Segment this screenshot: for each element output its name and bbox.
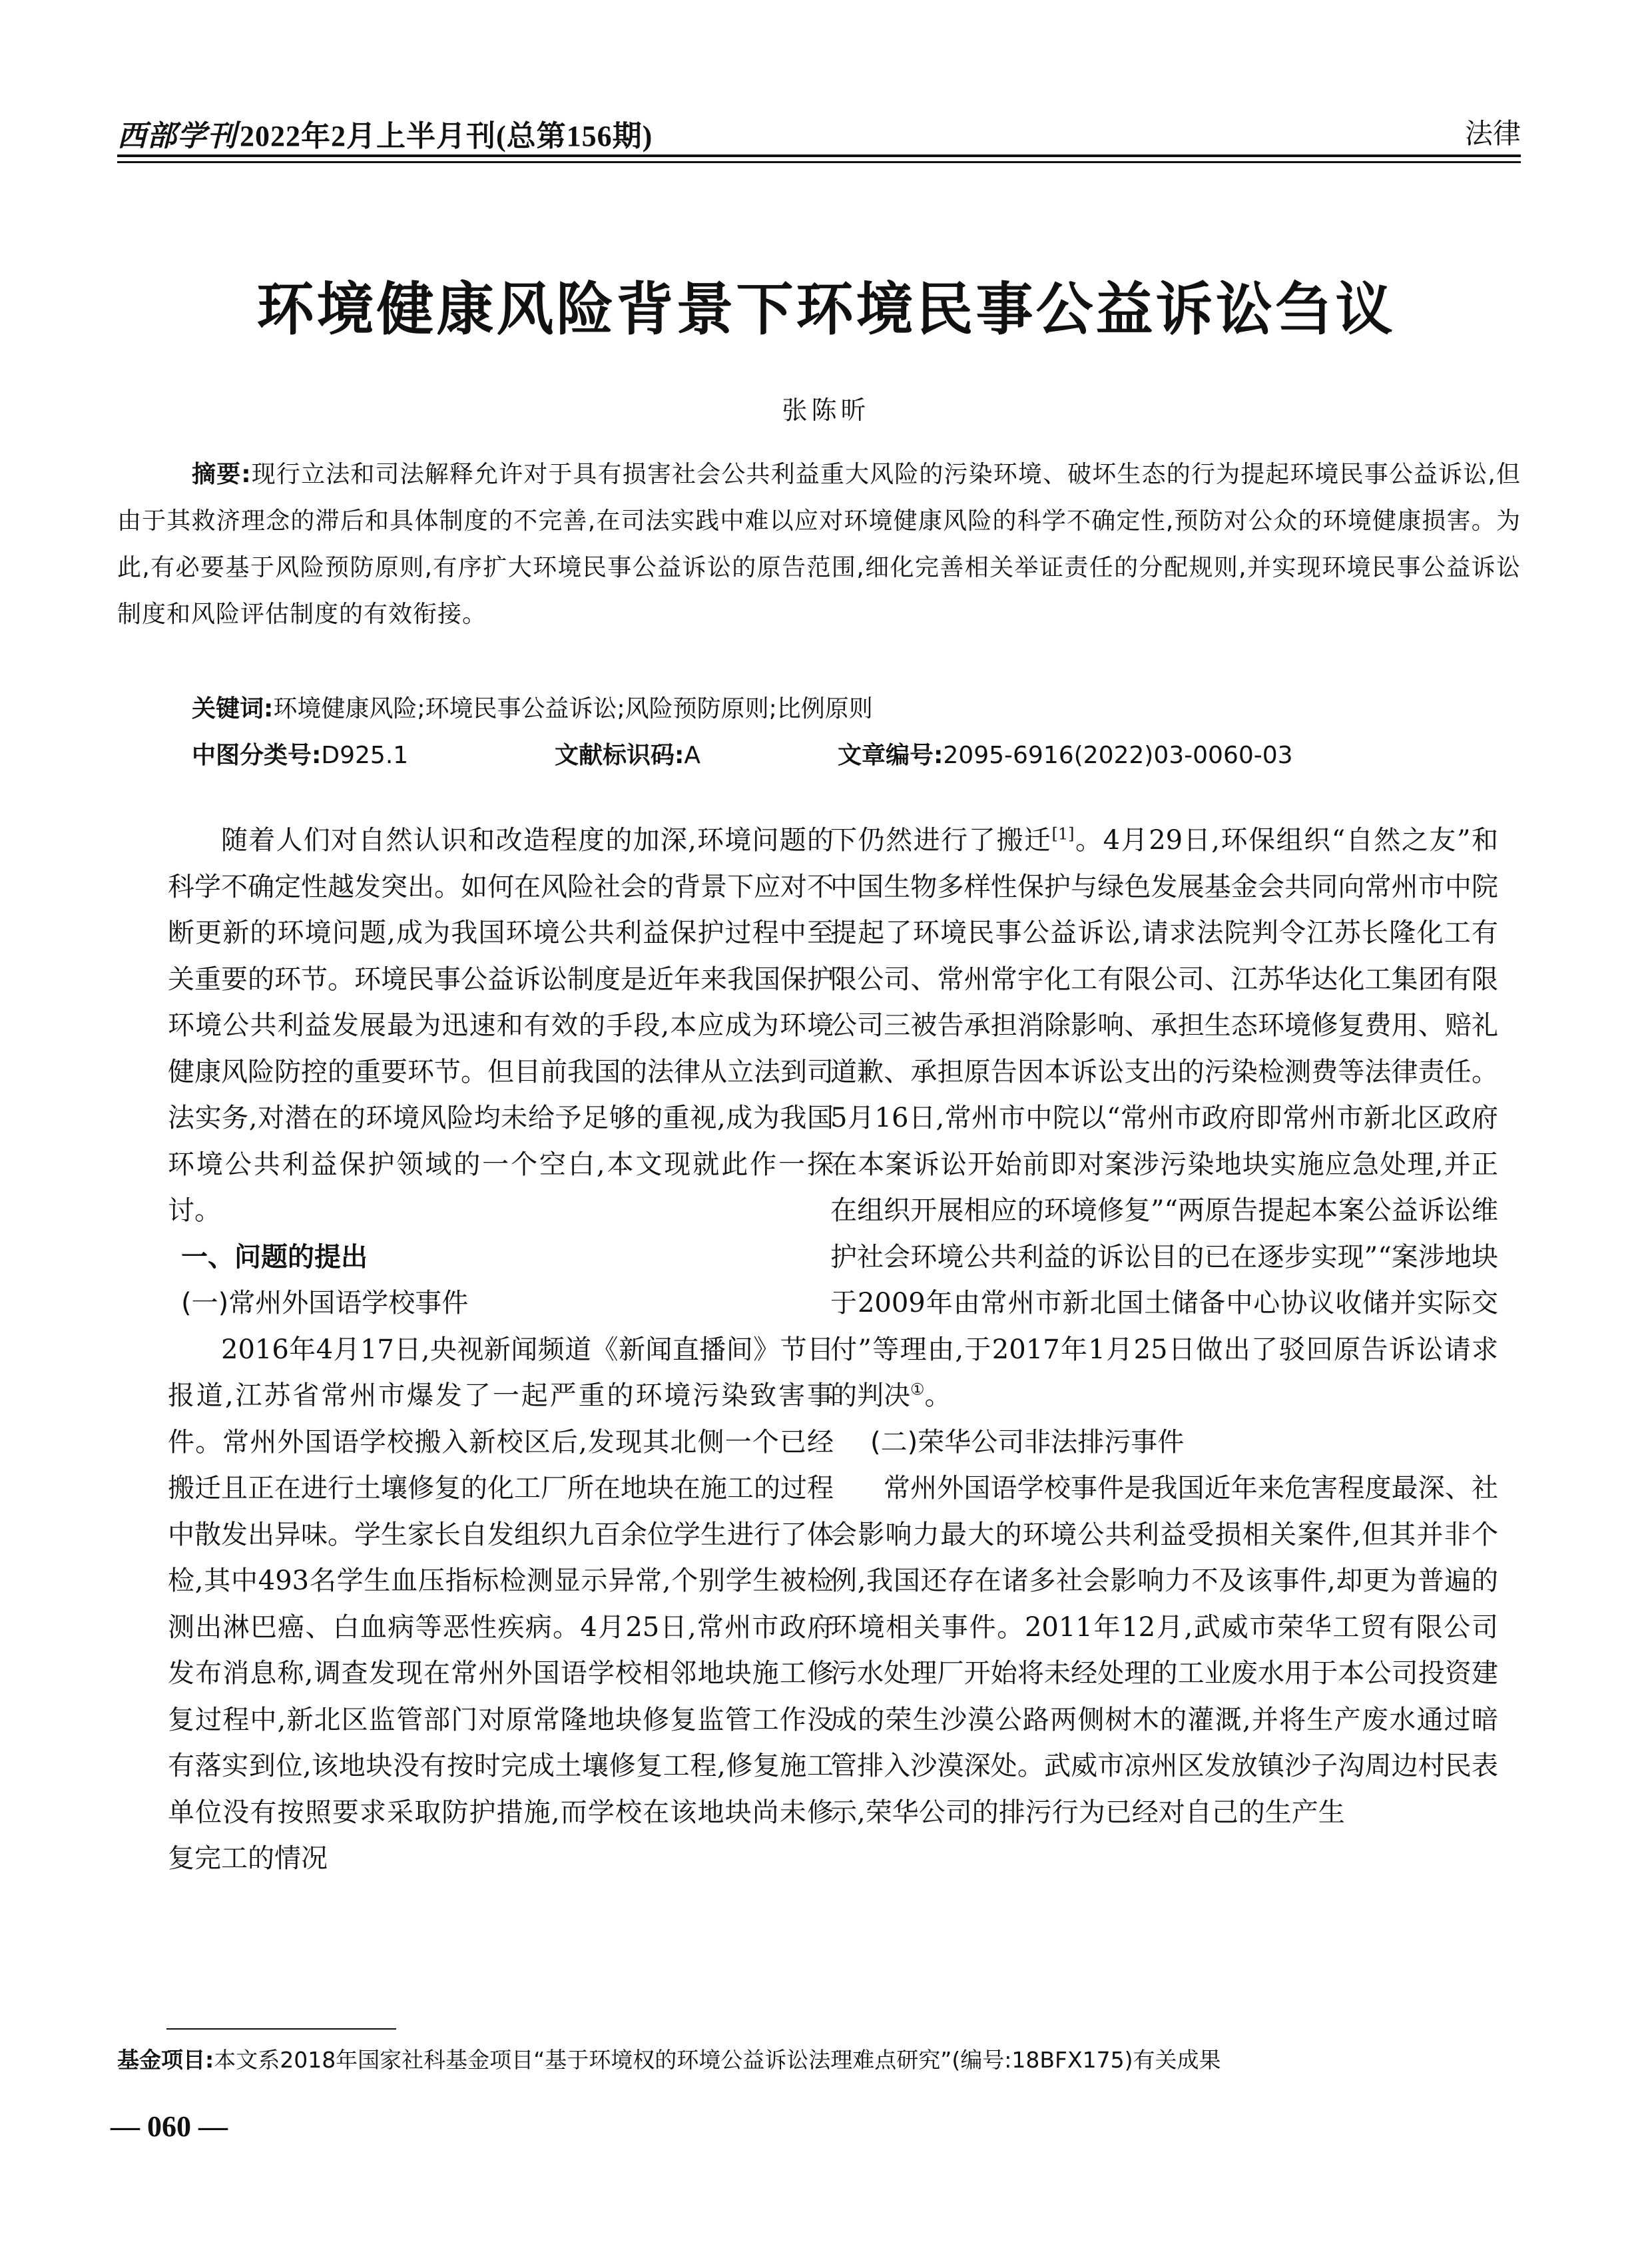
paragraph-text: 。: [925, 1380, 952, 1411]
paragraph: 常州外国语学校事件是我国近年来危害程度最深、社会影响力最大的环境公共利益受损相关…: [830, 1466, 1498, 1836]
clc-value: D925.1: [321, 742, 408, 769]
abstract-label: 摘要:: [192, 461, 252, 488]
body-column-left: 随着人们对自然认识和改造程度的加深,环境问题的科学不确定性越发突出。如何在风险社…: [168, 818, 834, 1882]
article-title: 环境健康风险背景下环境民事公益诉讼刍议: [0, 263, 1652, 346]
journal-issue: 西部学刊2022年2月上半月刊(总第156期): [117, 112, 653, 154]
funding-text: 本文系2018年国家社科基金项目“基于环境权的环境公益诉讼法理难点研究”(编号:…: [214, 2047, 1221, 2073]
keywords-label: 关键词:: [192, 695, 273, 722]
doc-code-label: 文献标识码:: [555, 742, 684, 769]
clc-label: 中图分类号:: [192, 742, 321, 769]
citation-ref[interactable]: [1]: [1052, 825, 1075, 844]
keywords-row: 关键词:环境健康风险;环境民事公益诉讼;风险预防原则;比例原则: [192, 686, 1293, 732]
body-column-right: 下仍然进行了搬迁[1]。4月29日,环保组织“自然之友”和中国生物多样性保护与绿…: [830, 818, 1498, 1836]
keywords-text: 环境健康风险;环境民事公益诉讼;风险预防原则;比例原则: [273, 695, 872, 722]
abstract: 摘要:现行立法和司法解释允许对于具有损害社会公共利益重大风险的污染环境、破坏生态…: [117, 451, 1521, 638]
header-rule-bottom: [117, 161, 1521, 163]
paragraph: 2016年4月17日,央视新闻频道《新闻直播间》节目报道,江苏省常州市爆发了一起…: [168, 1327, 834, 1882]
section-label: 法律: [1465, 112, 1521, 152]
running-header: 西部学刊2022年2月上半月刊(总第156期) 法律: [117, 112, 1521, 153]
paragraph-text: 。4月29日,环保组织“自然之友”和中国生物多样性保护与绿色发展基金会共同向常州…: [830, 825, 1498, 1411]
journal-logo: 西部学刊: [117, 119, 237, 153]
paragraph: 下仍然进行了搬迁[1]。4月29日,环保组织“自然之友”和中国生物多样性保护与绿…: [830, 818, 1498, 1420]
doc-code-value: A: [684, 742, 700, 769]
abstract-text: 现行立法和司法解释允许对于具有损害社会公共利益重大风险的污染环境、破坏生态的行为…: [117, 461, 1521, 628]
article-meta: 关键词:环境健康风险;环境民事公益诉讼;风险预防原则;比例原则 中图分类号:D9…: [192, 686, 1293, 779]
page-number: — 060 —: [111, 2109, 228, 2143]
subsection-heading: (一)常州外国语学校事件: [168, 1280, 834, 1327]
subsection-heading: (二)荣华公司非法排污事件: [830, 1420, 1498, 1466]
header-rule-top: [117, 154, 1521, 157]
funding-note: 基金项目:本文系2018年国家社科基金项目“基于环境权的环境公益诉讼法理难点研究…: [117, 2043, 1221, 2074]
issue-label: 2022年2月上半月刊(总第156期): [240, 120, 653, 152]
paragraph-text: 下仍然进行了搬迁: [830, 825, 1052, 856]
article-no-label: 文章编号:: [838, 742, 943, 769]
section-heading: 一、问题的提出: [168, 1235, 834, 1281]
footnote-rule: [166, 2028, 396, 2030]
funding-label: 基金项目:: [117, 2047, 214, 2073]
paragraph: 随着人们对自然认识和改造程度的加深,环境问题的科学不确定性越发突出。如何在风险社…: [168, 818, 834, 1235]
article-no-value: 2095-6916(2022)03-0060-03: [943, 742, 1292, 769]
classification-row: 中图分类号:D925.1文献标识码:A文章编号:2095-6916(2022)0…: [192, 732, 1293, 779]
article-author: 张陈昕: [0, 390, 1652, 426]
footnote-ref[interactable]: ①: [910, 1380, 925, 1399]
